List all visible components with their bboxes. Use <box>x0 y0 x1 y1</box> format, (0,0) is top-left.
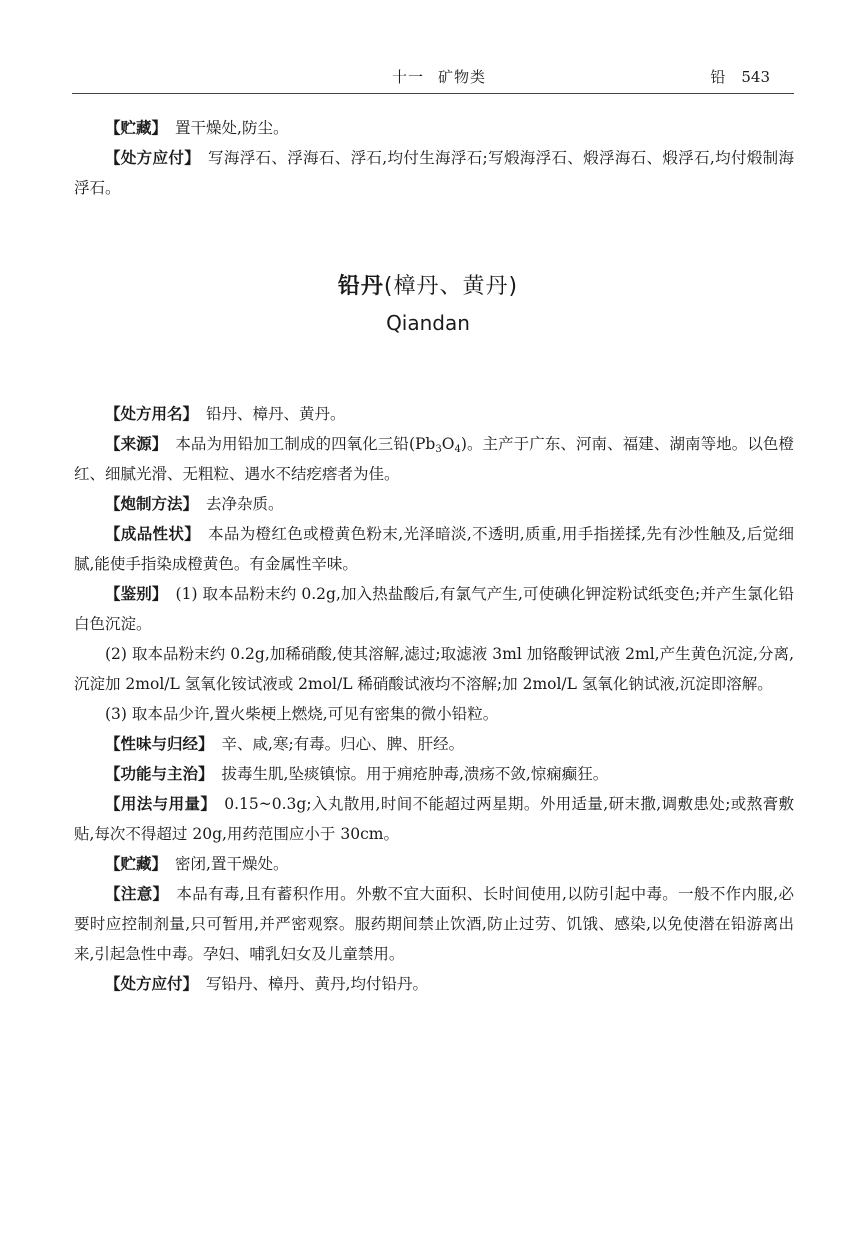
section-text: 本品为用铅加工制成的四氧化三铅(Pb3O4)。主产于广东、河南、福建、湖南等地。… <box>74 435 794 483</box>
chapter-heading: 十一矿物类 <box>392 66 486 87</box>
paragraph-dispensing: 【处方应付】写铅丹、樟丹、黄丹,均付铅丹。 <box>74 969 794 999</box>
section-text: 拔毒生肌,坠痰镇惊。用于痈疮肿毒,溃疡不敛,惊痫癫狂。 <box>222 765 609 783</box>
section-label: 【性味与归经】 <box>105 735 214 753</box>
entry-title-name: 铅丹 <box>338 274 384 299</box>
entry-aliases: (樟丹、黄丹) <box>384 274 518 299</box>
section-text: (2) 取本品粉末约 0.2g,加稀硝酸,使其溶解,滤过;取滤液 3ml 加铬酸… <box>74 645 794 693</box>
entry-title: 铅丹(樟丹、黄丹) <box>0 270 856 304</box>
paragraph-cautions: 【注意】本品有毒,且有蓄积作用。外敷不宜大面积、长时间使用,以防引起中毒。一般不… <box>74 879 794 969</box>
chapter-title: 矿物类 <box>438 68 486 86</box>
paragraph-dispensing: 【处方应付】写海浮石、浮海石、浮石,均付生海浮石;写煅海浮石、煅浮海石、煅浮石,… <box>74 143 794 203</box>
section-label: 【功能与主治】 <box>105 765 214 783</box>
header-rule <box>72 93 794 94</box>
section-text: 辛、咸,寒;有毒。归心、脾、肝经。 <box>222 735 465 753</box>
section-label: 【来源】 <box>105 435 167 453</box>
section-text: (3) 取本品少许,置火柴梗上燃烧,可见有密集的微小铅粒。 <box>105 705 498 723</box>
section-label: 【处方应付】 <box>105 975 198 993</box>
section-label: 【炮制方法】 <box>105 495 198 513</box>
section-text: 铅丹、樟丹、黄丹。 <box>206 405 346 423</box>
running-header: 十一矿物类 铅543 <box>70 64 792 92</box>
paragraph-storage: 【贮藏】置干燥处,防尘。 <box>74 113 794 143</box>
paragraph-identification-3: (3) 取本品少许,置火柴梗上燃烧,可见有密集的微小铅粒。 <box>74 699 794 729</box>
paragraph-storage: 【贮藏】密闭,置干燥处。 <box>74 849 794 879</box>
page-locator: 铅543 <box>710 66 770 87</box>
paragraph-functions: 【功能与主治】拔毒生肌,坠痰镇惊。用于痈疮肿毒,溃疡不敛,惊痫癫狂。 <box>74 759 794 789</box>
entry-body: 【处方用名】铅丹、樟丹、黄丹。 【来源】本品为用铅加工制成的四氧化三铅(Pb3O… <box>74 399 794 999</box>
section-label: 【成品性状】 <box>105 525 200 543</box>
page-number: 543 <box>741 68 770 86</box>
previous-entry-tail: 【贮藏】置干燥处,防尘。 【处方应付】写海浮石、浮海石、浮石,均付生海浮石;写煅… <box>74 113 794 203</box>
entry-pinyin: Qiandan <box>0 308 856 338</box>
paragraph-identification-2: (2) 取本品粉末约 0.2g,加稀硝酸,使其溶解,滤过;取滤液 3ml 加铬酸… <box>74 639 794 699</box>
paragraph-nature-meridian: 【性味与归经】辛、咸,寒;有毒。归心、脾、肝经。 <box>74 729 794 759</box>
section-label: 【贮藏】 <box>105 119 167 137</box>
section-text: 本品有毒,且有蓄积作用。外敷不宜大面积、长时间使用,以防引起中毒。一般不作内服,… <box>74 885 794 963</box>
chapter-number: 十一 <box>392 68 424 86</box>
paragraph-prescription-names: 【处方用名】铅丹、樟丹、黄丹。 <box>74 399 794 429</box>
section-radical: 铅 <box>710 68 725 86</box>
paragraph-source: 【来源】本品为用铅加工制成的四氧化三铅(Pb3O4)。主产于广东、河南、福建、湖… <box>74 429 794 489</box>
section-text: 写铅丹、樟丹、黄丹,均付铅丹。 <box>206 975 428 993</box>
entry-title-block: 铅丹(樟丹、黄丹) Qiandan <box>0 270 856 338</box>
paragraph-processing: 【炮制方法】去净杂质。 <box>74 489 794 519</box>
section-label: 【贮藏】 <box>105 855 167 873</box>
section-text: 密闭,置干燥处。 <box>175 855 288 873</box>
paragraph-identification-1: 【鉴别】(1) 取本品粉末约 0.2g,加入热盐酸后,有氯气产生,可使碘化钾淀粉… <box>74 579 794 639</box>
section-label: 【处方应付】 <box>105 149 200 167</box>
paragraph-product-traits: 【成品性状】本品为橙红色或橙黄色粉末,光泽暗淡,不透明,质重,用手指搓揉,先有沙… <box>74 519 794 579</box>
section-text: 去净杂质。 <box>206 495 284 513</box>
section-label: 【鉴别】 <box>105 585 168 603</box>
section-label: 【注意】 <box>105 885 168 903</box>
section-text: 置干燥处,防尘。 <box>175 119 288 137</box>
paragraph-usage-dosage: 【用法与用量】0.15~0.3g;入丸散用,时间不能超过两星期。外用适量,研末撒… <box>74 789 794 849</box>
section-label: 【用法与用量】 <box>105 795 216 813</box>
section-label: 【处方用名】 <box>105 405 198 423</box>
section-text: (1) 取本品粉末约 0.2g,加入热盐酸后,有氯气产生,可使碘化钾淀粉试纸变色… <box>74 585 794 633</box>
